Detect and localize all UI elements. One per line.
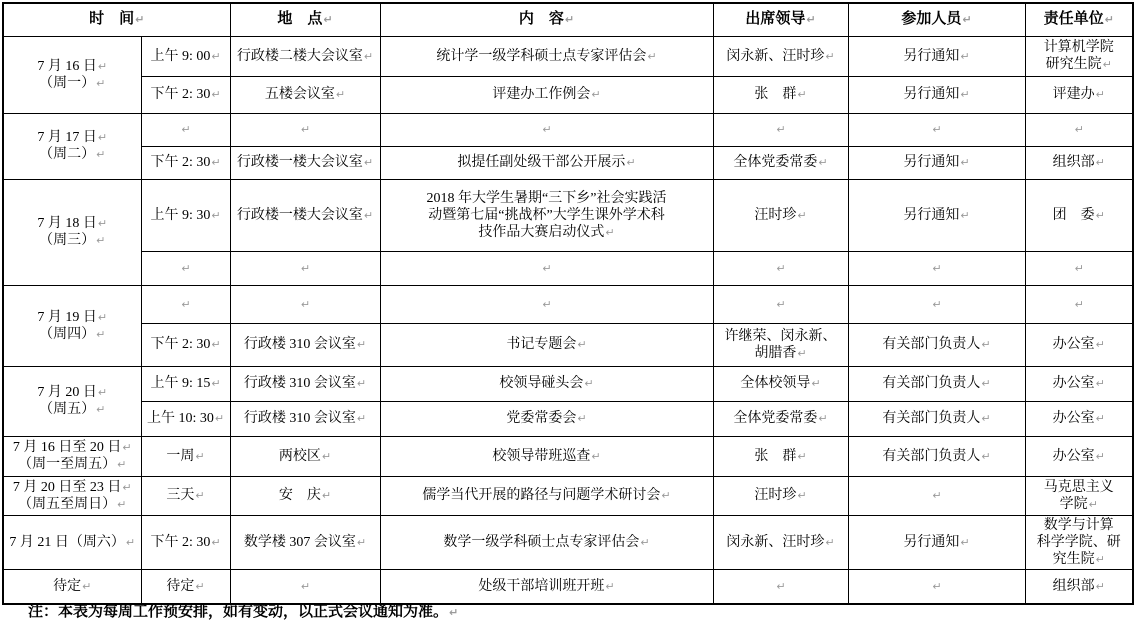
paragraph-mark-icon: ↵	[824, 50, 834, 63]
paragraph-mark-icon: ↵	[95, 328, 105, 341]
cell-unit: 办公室↵	[1025, 323, 1133, 366]
table-row: 下午 2: 30↵行政楼一楼大会议室↵拟提任副处级干部公开展示↵全体党委常委↵另…	[3, 146, 1133, 179]
paragraph-mark-icon: ↵	[356, 412, 366, 425]
document-page: 时 间↵地 点↵内 容↵出席领导↵参加人员↵责任单位↵ 7 月 16 日↵（周一…	[0, 0, 1138, 636]
cell-leaders: ↵	[713, 251, 848, 285]
paragraph-mark-icon: ↵	[931, 262, 941, 275]
table-row: 下午 2: 30↵五楼会议室↵评建办工作例会↵张 群↵另行通知↵评建办↵	[3, 76, 1133, 113]
paragraph-mark-icon: ↵	[576, 412, 586, 425]
cell-date: 7 月 17 日↵（周二）↵	[3, 113, 141, 179]
cell-participants: 另行通知↵	[848, 179, 1025, 251]
paragraph-mark-icon: ↵	[796, 209, 806, 222]
paragraph-mark-icon: ↵	[97, 131, 107, 144]
table-row: 7 月 19 日↵（周四）↵↵↵↵↵↵↵	[3, 285, 1133, 323]
column-header-location: 地 点↵	[230, 3, 380, 36]
paragraph-mark-icon: ↵	[817, 412, 827, 425]
cell-location: 安 庆↵	[230, 476, 380, 515]
cell-content: 校领导带班巡查↵	[380, 436, 713, 476]
cell-time: 上午 10: 30↵	[141, 401, 230, 436]
cell-leaders: 闵永新、汪时珍↵	[713, 36, 848, 76]
paragraph-mark-icon: ↵	[180, 262, 190, 275]
cell-content: ↵	[380, 251, 713, 285]
cell-location: ↵	[230, 251, 380, 285]
paragraph-mark-icon: ↵	[363, 156, 373, 169]
cell-content: 处级干部培训班开班↵	[380, 569, 713, 604]
column-header-unit: 责任单位↵	[1025, 3, 1133, 36]
cell-date: 7 月 16 日至 20 日↵（周一至周五）↵	[3, 436, 141, 476]
paragraph-mark-icon: ↵	[541, 298, 551, 311]
paragraph-mark-icon: ↵	[931, 298, 941, 311]
cell-date: 7 月 20 日至 23 日↵（周五至周日）↵	[3, 476, 141, 515]
paragraph-mark-icon: ↵	[125, 536, 135, 549]
column-header-leaders: 出席领导↵	[713, 3, 848, 36]
cell-location: ↵	[230, 285, 380, 323]
paragraph-mark-icon: ↵	[180, 123, 190, 136]
paragraph-mark-icon: ↵	[95, 77, 105, 90]
paragraph-mark-icon: ↵	[541, 123, 551, 136]
cell-unit: 办公室↵	[1025, 436, 1133, 476]
paragraph-mark-icon: ↵	[1095, 450, 1105, 463]
paragraph-mark-icon: ↵	[1095, 338, 1105, 351]
paragraph-mark-icon: ↵	[95, 403, 105, 416]
cell-unit: 办公室↵	[1025, 401, 1133, 436]
cell-participants: 另行通知↵	[848, 515, 1025, 569]
paragraph-mark-icon: ↵	[660, 489, 670, 502]
paragraph-mark-icon: ↵	[980, 450, 990, 463]
cell-unit: 评建办↵	[1025, 76, 1133, 113]
paragraph-mark-icon: ↵	[775, 123, 785, 136]
paragraph-mark-icon: ↵	[300, 262, 310, 275]
paragraph-mark-icon: ↵	[959, 209, 969, 222]
paragraph-mark-icon: ↵	[1074, 298, 1084, 311]
cell-location: ↵	[230, 569, 380, 604]
cell-location: 行政楼 310 会议室↵	[230, 401, 380, 436]
paragraph-mark-icon: ↵	[356, 338, 366, 351]
column-header-time-group: 时 间↵	[3, 3, 230, 36]
table-row: 7 月 20 日至 23 日↵（周五至周日）↵三天↵安 庆↵儒学当代开展的路径与…	[3, 476, 1133, 515]
paragraph-mark-icon: ↵	[625, 156, 635, 169]
paragraph-mark-icon: ↵	[931, 123, 941, 136]
paragraph-mark-icon: ↵	[1088, 498, 1098, 511]
cell-unit: 办公室↵	[1025, 366, 1133, 401]
table-row: 7 月 17 日↵（周二）↵↵↵↵↵↵↵	[3, 113, 1133, 146]
paragraph-mark-icon: ↵	[959, 50, 969, 63]
paragraph-mark-icon: ↵	[116, 498, 126, 511]
paragraph-mark-icon: ↵	[356, 377, 366, 390]
paragraph-mark-icon: ↵	[824, 536, 834, 549]
column-header-participants: 参加人员↵	[848, 3, 1025, 36]
paragraph-mark-icon: ↵	[214, 412, 224, 425]
paragraph-mark-icon: ↵	[1074, 262, 1084, 275]
paragraph-mark-icon: ↵	[541, 262, 551, 275]
cell-unit: 组织部↵	[1025, 146, 1133, 179]
cell-unit: 数学与计算科学学院、研究生院↵	[1025, 515, 1133, 569]
cell-location: ↵	[230, 113, 380, 146]
paragraph-mark-icon: ↵	[646, 50, 656, 63]
cell-content: ↵	[380, 285, 713, 323]
paragraph-mark-icon: ↵	[121, 481, 131, 494]
cell-time: 下午 2: 30↵	[141, 76, 230, 113]
cell-content: 统计学一级学科硕士点专家评估会↵	[380, 36, 713, 76]
cell-location: 行政楼二楼大会议室↵	[230, 36, 380, 76]
paragraph-mark-icon: ↵	[300, 580, 310, 593]
cell-participants: ↵	[848, 569, 1025, 604]
paragraph-mark-icon: ↵	[210, 156, 220, 169]
cell-unit: 组织部↵	[1025, 569, 1133, 604]
paragraph-mark-icon: ↵	[300, 298, 310, 311]
cell-time: 三天↵	[141, 476, 230, 515]
paragraph-mark-icon: ↵	[1104, 13, 1114, 26]
paragraph-mark-icon: ↵	[335, 88, 345, 101]
paragraph-mark-icon: ↵	[97, 311, 107, 324]
cell-date: 7 月 18 日↵（周三）↵	[3, 179, 141, 285]
paragraph-mark-icon: ↵	[959, 156, 969, 169]
cell-time: 上午 9: 30↵	[141, 179, 230, 251]
paragraph-mark-icon: ↵	[363, 50, 373, 63]
paragraph-mark-icon: ↵	[356, 536, 366, 549]
paragraph-mark-icon: ↵	[775, 262, 785, 275]
cell-location: 行政楼一楼大会议室↵	[230, 146, 380, 179]
paragraph-mark-icon: ↵	[116, 458, 126, 471]
column-header-content: 内 容↵	[380, 3, 713, 36]
paragraph-mark-icon: ↵	[210, 338, 220, 351]
cell-unit: 马克思主义学院↵	[1025, 476, 1133, 515]
table-row: 7 月 18 日↵（周三）↵上午 9: 30↵行政楼一楼大会议室↵2018 年大…	[3, 179, 1133, 251]
cell-participants: 有关部门负责人↵	[848, 323, 1025, 366]
paragraph-mark-icon: ↵	[775, 298, 785, 311]
cell-content: 校领导碰头会↵	[380, 366, 713, 401]
cell-location: 两校区↵	[230, 436, 380, 476]
paragraph-mark-icon: ↵	[180, 298, 190, 311]
table-row: 待定↵待定↵↵处级干部培训班开班↵↵↵组织部↵	[3, 569, 1133, 604]
paragraph-mark-icon: ↵	[210, 209, 220, 222]
cell-date: 7 月 21 日（周六）↵	[3, 515, 141, 569]
cell-location: 数学楼 307 会议室↵	[230, 515, 380, 569]
cell-leaders: 汪时珍↵	[713, 179, 848, 251]
cell-location: 行政楼 310 会议室↵	[230, 366, 380, 401]
cell-time: 下午 2: 30↵	[141, 515, 230, 569]
paragraph-mark-icon: ↵	[1095, 553, 1105, 566]
cell-participants: 有关部门负责人↵	[848, 436, 1025, 476]
paragraph-mark-icon: ↵	[810, 377, 820, 390]
cell-leaders: 张 群↵	[713, 436, 848, 476]
paragraph-mark-icon: ↵	[604, 226, 614, 239]
cell-time: ↵	[141, 285, 230, 323]
cell-leaders: 全体校领导↵	[713, 366, 848, 401]
paragraph-mark-icon: ↵	[1095, 88, 1105, 101]
cell-leaders: 全体党委常委↵	[713, 401, 848, 436]
cell-time: 一周↵	[141, 436, 230, 476]
paragraph-mark-icon: ↵	[931, 580, 941, 593]
cell-content: 儒学当代开展的路径与问题学术研讨会↵	[380, 476, 713, 515]
paragraph-mark-icon: ↵	[796, 347, 806, 360]
table-row: 7 月 16 日至 20 日↵（周一至周五）↵一周↵两校区↵校领导带班巡查↵张 …	[3, 436, 1133, 476]
cell-location: 行政楼一楼大会议室↵	[230, 179, 380, 251]
paragraph-mark-icon: ↵	[1095, 412, 1105, 425]
cell-content: 数学一级学科硕士点专家评估会↵	[380, 515, 713, 569]
cell-participants: ↵	[848, 113, 1025, 146]
table-row: ↵↵↵↵↵↵	[3, 251, 1133, 285]
cell-date: 7 月 20 日↵（周五）↵	[3, 366, 141, 436]
cell-content: 评建办工作例会↵	[380, 76, 713, 113]
paragraph-mark-icon: ↵	[210, 536, 220, 549]
header-row: 时 间↵地 点↵内 容↵出席领导↵参加人员↵责任单位↵	[3, 3, 1133, 36]
paragraph-mark-icon: ↵	[97, 386, 107, 399]
paragraph-mark-icon: ↵	[97, 217, 107, 230]
cell-participants: ↵	[848, 476, 1025, 515]
cell-time: ↵	[141, 251, 230, 285]
cell-unit: ↵	[1025, 113, 1133, 146]
cell-leaders: ↵	[713, 569, 848, 604]
schedule-table-body: 7 月 16 日↵（周一）↵上午 9: 00↵行政楼二楼大会议室↵统计学一级学科…	[3, 36, 1133, 604]
table-row: 7 月 20 日↵（周五）↵上午 9: 15↵行政楼 310 会议室↵校领导碰头…	[3, 366, 1133, 401]
cell-time: 上午 9: 15↵	[141, 366, 230, 401]
paragraph-mark-icon: ↵	[1095, 377, 1105, 390]
paragraph-mark-icon: ↵	[959, 88, 969, 101]
cell-content: ↵	[380, 113, 713, 146]
paragraph-mark-icon: ↵	[959, 536, 969, 549]
cell-participants: ↵	[848, 285, 1025, 323]
table-row: 上午 10: 30↵行政楼 310 会议室↵党委常委会↵全体党委常委↵有关部门负…	[3, 401, 1133, 436]
paragraph-mark-icon: ↵	[1095, 209, 1105, 222]
paragraph-mark-icon: ↵	[796, 88, 806, 101]
cell-time: 下午 2: 30↵	[141, 323, 230, 366]
paragraph-mark-icon: ↵	[448, 606, 458, 619]
paragraph-mark-icon: ↵	[961, 13, 971, 26]
paragraph-mark-icon: ↵	[1074, 123, 1084, 136]
paragraph-mark-icon: ↵	[1102, 58, 1112, 71]
cell-participants: 有关部门负责人↵	[848, 366, 1025, 401]
cell-leaders: 闵永新、汪时珍↵	[713, 515, 848, 569]
cell-participants: 有关部门负责人↵	[848, 401, 1025, 436]
cell-participants: ↵	[848, 251, 1025, 285]
paragraph-mark-icon: ↵	[980, 338, 990, 351]
paragraph-mark-icon: ↵	[590, 450, 600, 463]
paragraph-mark-icon: ↵	[194, 489, 204, 502]
cell-leaders: 汪时珍↵	[713, 476, 848, 515]
cell-content: 书记专题会↵	[380, 323, 713, 366]
cell-content: 党委常委会↵	[380, 401, 713, 436]
cell-leaders: ↵	[713, 113, 848, 146]
paragraph-mark-icon: ↵	[194, 580, 204, 593]
cell-unit: 计算机学院研究生院↵	[1025, 36, 1133, 76]
cell-unit: ↵	[1025, 285, 1133, 323]
paragraph-mark-icon: ↵	[583, 377, 593, 390]
paragraph-mark-icon: ↵	[321, 450, 331, 463]
cell-leaders: 许继荣、闵永新、胡腊香↵	[713, 323, 848, 366]
paragraph-mark-icon: ↵	[121, 441, 131, 454]
cell-content: 拟提任副处级干部公开展示↵	[380, 146, 713, 179]
cell-time: ↵	[141, 113, 230, 146]
cell-participants: 另行通知↵	[848, 76, 1025, 113]
paragraph-mark-icon: ↵	[322, 13, 332, 26]
weekly-schedule-table: 时 间↵地 点↵内 容↵出席领导↵参加人员↵责任单位↵ 7 月 16 日↵（周一…	[2, 2, 1134, 605]
cell-content: 2018 年大学生暑期“三下乡”社会实践活动暨第七届“挑战杯”大学生课外学术科技…	[380, 179, 713, 251]
cell-date: 7 月 16 日↵（周一）↵	[3, 36, 141, 113]
cell-date: 7 月 19 日↵（周四）↵	[3, 285, 141, 366]
paragraph-mark-icon: ↵	[805, 13, 815, 26]
cell-leaders: 张 群↵	[713, 76, 848, 113]
paragraph-mark-icon: ↵	[590, 88, 600, 101]
paragraph-mark-icon: ↵	[210, 50, 220, 63]
paragraph-mark-icon: ↵	[604, 580, 614, 593]
paragraph-mark-icon: ↵	[210, 377, 220, 390]
cell-leaders: 全体党委常委↵	[713, 146, 848, 179]
paragraph-mark-icon: ↵	[1095, 156, 1105, 169]
paragraph-mark-icon: ↵	[210, 88, 220, 101]
paragraph-mark-icon: ↵	[931, 489, 941, 502]
paragraph-mark-icon: ↵	[321, 489, 331, 502]
paragraph-mark-icon: ↵	[576, 338, 586, 351]
paragraph-mark-icon: ↵	[775, 580, 785, 593]
paragraph-mark-icon: ↵	[1095, 580, 1105, 593]
cell-unit: 团 委↵	[1025, 179, 1133, 251]
paragraph-mark-icon: ↵	[95, 234, 105, 247]
paragraph-mark-icon: ↵	[81, 580, 91, 593]
table-row: 7 月 21 日（周六）↵下午 2: 30↵数学楼 307 会议室↵数学一级学科…	[3, 515, 1133, 569]
cell-participants: 另行通知↵	[848, 36, 1025, 76]
table-row: 下午 2: 30↵行政楼 310 会议室↵书记专题会↵许继荣、闵永新、胡腊香↵有…	[3, 323, 1133, 366]
footer-note: 注：本表为每周工作预安排，如有变动，以正式会议通知为准。↵	[28, 602, 458, 623]
paragraph-mark-icon: ↵	[980, 377, 990, 390]
cell-date: 待定↵	[3, 569, 141, 604]
paragraph-mark-icon: ↵	[363, 209, 373, 222]
paragraph-mark-icon: ↵	[796, 450, 806, 463]
paragraph-mark-icon: ↵	[97, 60, 107, 73]
paragraph-mark-icon: ↵	[817, 156, 827, 169]
cell-unit: ↵	[1025, 251, 1133, 285]
paragraph-mark-icon: ↵	[194, 450, 204, 463]
cell-location: 行政楼 310 会议室↵	[230, 323, 380, 366]
paragraph-mark-icon: ↵	[796, 489, 806, 502]
table-row: 7 月 16 日↵（周一）↵上午 9: 00↵行政楼二楼大会议室↵统计学一级学科…	[3, 36, 1133, 76]
cell-location: 五楼会议室↵	[230, 76, 380, 113]
paragraph-mark-icon: ↵	[134, 13, 144, 26]
paragraph-mark-icon: ↵	[564, 13, 574, 26]
paragraph-mark-icon: ↵	[95, 148, 105, 161]
paragraph-mark-icon: ↵	[300, 123, 310, 136]
paragraph-mark-icon: ↵	[980, 412, 990, 425]
paragraph-mark-icon: ↵	[639, 536, 649, 549]
cell-leaders: ↵	[713, 285, 848, 323]
footer-note-text: 注：本表为每周工作预安排，如有变动，以正式会议通知为准。	[28, 604, 448, 620]
cell-time: 上午 9: 00↵	[141, 36, 230, 76]
cell-time: 待定↵	[141, 569, 230, 604]
cell-participants: 另行通知↵	[848, 146, 1025, 179]
cell-time: 下午 2: 30↵	[141, 146, 230, 179]
